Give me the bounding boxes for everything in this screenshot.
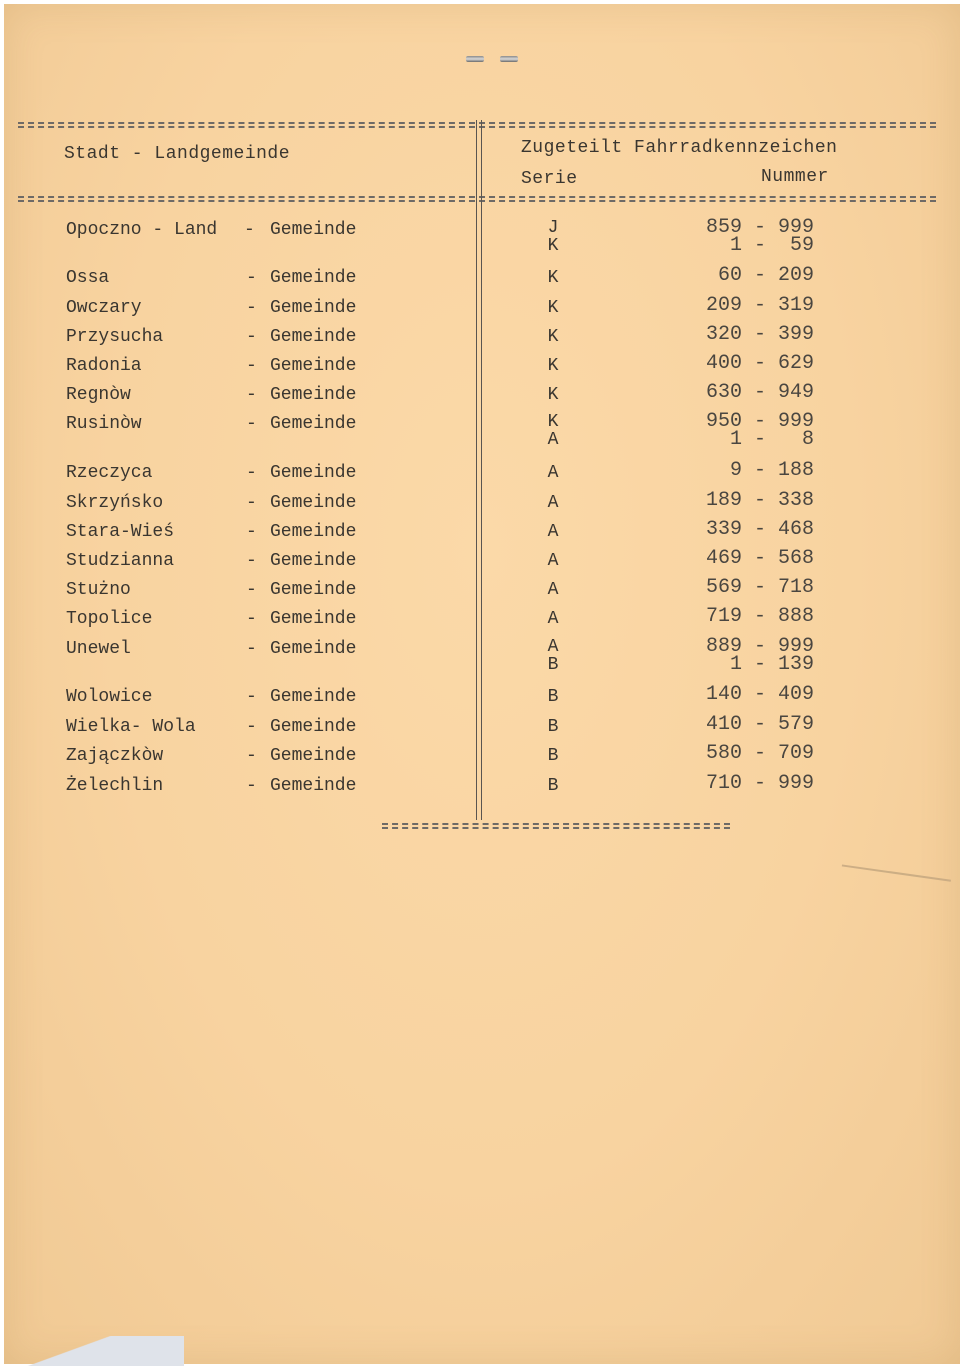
separator-dash: - xyxy=(246,609,257,629)
number-range: 710 - 999 xyxy=(694,772,814,795)
municipality-name: Rusinòw xyxy=(66,414,142,434)
municipality-suffix: Gemeinde xyxy=(270,776,356,796)
table-row: Rusinòw - Gemeinde K A 950 - 999 1 - 8 xyxy=(4,414,964,434)
table-row: Wielka- Wola - Gemeinde B 410 - 579 xyxy=(4,717,964,737)
serie-letter: A xyxy=(546,522,560,542)
serie-letter: K xyxy=(546,412,560,432)
municipality-name: Opoczno - Land xyxy=(66,220,217,240)
separator-dash: - xyxy=(246,776,257,796)
separator-dash: - xyxy=(246,717,257,737)
column-header-assigned-plates: Zugeteilt Fahrradkennzeichen xyxy=(521,138,837,158)
separator-dash: - xyxy=(246,327,257,347)
serie-letter: B xyxy=(546,746,560,766)
separator-dash: - xyxy=(244,220,255,240)
column-header-nummer: Nummer xyxy=(761,167,829,187)
municipality-suffix: Gemeinde xyxy=(270,687,356,707)
column-header-municipality: Stadt - Landgemeinde xyxy=(64,144,290,164)
table-row: Stara-Wieś - Gemeinde A 339 - 468 xyxy=(4,522,964,542)
separator-dash: - xyxy=(246,463,257,483)
municipality-name: Owczary xyxy=(66,298,142,318)
separator-dash: - xyxy=(246,551,257,571)
municipality-name: Regnòw xyxy=(66,385,131,405)
table-row: Ossa - Gemeinde K 60 - 209 xyxy=(4,268,964,288)
serie-letter: A xyxy=(546,637,560,657)
table-row: Opoczno - Land - Gemeinde J K 859 - 999 … xyxy=(4,220,964,240)
number-range: 1 - 139 xyxy=(694,653,814,676)
municipality-suffix: Gemeinde xyxy=(270,385,356,405)
separator-dash: - xyxy=(246,687,257,707)
table-row: Studzianna - Gemeinde A 469 - 568 xyxy=(4,551,964,571)
table-row: Owczary - Gemeinde K 209 - 319 xyxy=(4,298,964,318)
municipality-suffix: Gemeinde xyxy=(270,493,356,513)
municipality-name: Topolice xyxy=(66,609,152,629)
serie-letter: J xyxy=(546,218,560,238)
municipality-name: Stużno xyxy=(66,580,131,600)
separator-dash: - xyxy=(246,298,257,318)
separator-dash: - xyxy=(246,746,257,766)
municipality-suffix: Gemeinde xyxy=(270,463,356,483)
number-range: 140 - 409 xyxy=(694,683,814,706)
separator-dash: - xyxy=(246,385,257,405)
separator-dash: - xyxy=(246,268,257,288)
separator-dash: - xyxy=(246,639,257,659)
municipality-name: Wielka- Wola xyxy=(66,717,196,737)
number-range: 469 - 568 xyxy=(694,547,814,570)
municipality-suffix: Gemeinde xyxy=(270,609,356,629)
municipality-suffix: Gemeinde xyxy=(270,414,356,434)
number-range: 209 - 319 xyxy=(694,294,814,317)
municipality-name: Żelechlin xyxy=(66,776,163,796)
municipality-name: Radonia xyxy=(66,356,142,376)
table-row: Przysucha - Gemeinde K 320 - 399 xyxy=(4,327,964,347)
municipality-name: Zajączkòw xyxy=(66,746,163,766)
column-header-serie: Serie xyxy=(521,169,578,189)
municipality-suffix: Gemeinde xyxy=(270,580,356,600)
number-range: 580 - 709 xyxy=(694,742,814,765)
table-row: Unewel - Gemeinde A B 889 - 999 1 - 139 xyxy=(4,639,964,659)
separator-dash: - xyxy=(246,414,257,434)
number-range: 189 - 338 xyxy=(694,489,814,512)
serie-letter: A xyxy=(546,430,560,450)
table-row: Skrzyńsko - Gemeinde A 189 - 338 xyxy=(4,493,964,513)
number-range: 1 - 8 xyxy=(694,428,814,451)
table-row: Radonia - Gemeinde K 400 - 629 xyxy=(4,356,964,376)
table-row: Rzeczyca - Gemeinde A 9 - 188 xyxy=(4,463,964,483)
municipality-name: Skrzyńsko xyxy=(66,493,163,513)
number-range: 410 - 579 xyxy=(694,713,814,736)
municipality-suffix: Gemeinde xyxy=(270,327,356,347)
municipality-suffix: Gemeinde xyxy=(270,356,356,376)
municipality-name: Wolowice xyxy=(66,687,152,707)
number-range: 400 - 629 xyxy=(694,352,814,375)
serie-letter: K xyxy=(546,327,560,347)
serie-letter: A xyxy=(546,580,560,600)
municipality-name: Unewel xyxy=(66,639,131,659)
municipality-name: Studzianna xyxy=(66,551,174,571)
serie-letter: B xyxy=(546,687,560,707)
separator-dash: - xyxy=(246,493,257,513)
serie-letter: B xyxy=(546,776,560,796)
table-row: Wolowice - Gemeinde B 140 - 409 xyxy=(4,687,964,707)
staple xyxy=(466,56,526,64)
municipality-name: Ossa xyxy=(66,268,109,288)
municipality-name: Rzeczyca xyxy=(66,463,152,483)
municipality-suffix: Gemeinde xyxy=(270,522,356,542)
serie-letter: B xyxy=(546,717,560,737)
table-row: Stużno - Gemeinde A 569 - 718 xyxy=(4,580,964,600)
municipality-suffix: Gemeinde xyxy=(270,639,356,659)
serie-letter: A xyxy=(546,609,560,629)
serie-letter: A xyxy=(546,551,560,571)
serie-letter: B xyxy=(546,655,560,675)
serie-letter: A xyxy=(546,493,560,513)
separator-dash: - xyxy=(246,580,257,600)
serie-letter: K xyxy=(546,236,560,256)
serie-letter: K xyxy=(546,356,560,376)
table-row: Regnòw - Gemeinde K 630 - 949 xyxy=(4,385,964,405)
table-row: Topolice - Gemeinde A 719 - 888 xyxy=(4,609,964,629)
serie-letter: A xyxy=(546,463,560,483)
serie-letter: K xyxy=(546,385,560,405)
number-range: 569 - 718 xyxy=(694,576,814,599)
table-row: Zajączkòw - Gemeinde B 580 - 709 xyxy=(4,746,964,766)
number-range: 719 - 888 xyxy=(694,605,814,628)
number-range: 60 - 209 xyxy=(694,264,814,287)
number-range: 1 - 59 xyxy=(694,234,814,257)
municipality-name: Przysucha xyxy=(66,327,163,347)
municipality-suffix: Gemeinde xyxy=(270,268,356,288)
municipality-suffix: Gemeinde xyxy=(270,220,356,240)
municipality-suffix: Gemeinde xyxy=(270,746,356,766)
serie-letter: K xyxy=(546,268,560,288)
municipality-suffix: Gemeinde xyxy=(270,298,356,318)
number-range: 339 - 468 xyxy=(694,518,814,541)
footer-rule xyxy=(382,823,730,825)
table-row: Żelechlin - Gemeinde B 710 - 999 xyxy=(4,776,964,796)
separator-dash: - xyxy=(246,522,257,542)
separator-dash: - xyxy=(246,356,257,376)
torn-corner xyxy=(4,1336,184,1366)
document-page: Stadt - Landgemeinde Zugeteilt Fahrradke… xyxy=(4,4,960,1364)
number-range: 630 - 949 xyxy=(694,381,814,404)
paper-crease xyxy=(839,864,951,901)
municipality-suffix: Gemeinde xyxy=(270,551,356,571)
number-range: 9 - 188 xyxy=(694,459,814,482)
municipality-suffix: Gemeinde xyxy=(270,717,356,737)
number-range: 320 - 399 xyxy=(694,323,814,346)
serie-letter: K xyxy=(546,298,560,318)
municipality-name: Stara-Wieś xyxy=(66,522,174,542)
